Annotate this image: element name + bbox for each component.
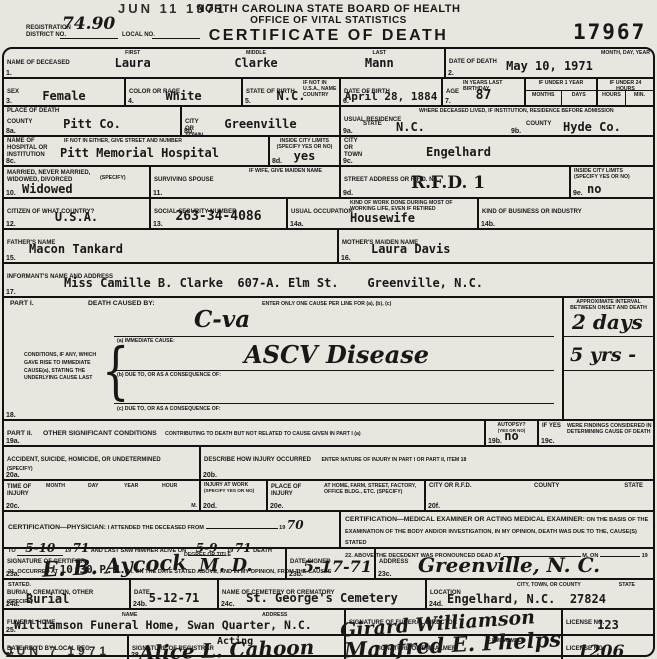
field-embalmer-license: LICENSE NO. 1206 (561, 636, 653, 659)
field-number: 4. (128, 98, 134, 105)
field-value: Miss Camille B. Clarke 607-A. Elm St. Gr… (64, 276, 483, 290)
field-usual-residence: USUAL RESIDENCE WHERE DECEASED LIVED, IF… (339, 107, 653, 135)
field-number: 9b. (511, 128, 521, 135)
cert-physician-title: CERTIFICATION—PHYSICIAN: (8, 524, 106, 531)
field-number: 16. (341, 255, 351, 262)
cert-text: I ATTENDED THE DECEASED FROM (108, 525, 204, 531)
form-row: PART II. OTHER SIGNIFICANT CONDITIONS CO… (4, 419, 653, 445)
county-label: COUNTY (526, 121, 551, 128)
day-label: DAY (88, 483, 98, 489)
field-number: 24d. (429, 601, 443, 608)
field-number: 9e. (573, 190, 583, 197)
field-if-under-24-hours: IF UNDER 24 HOURS HOURS MIN. (596, 79, 653, 105)
field-label: INJURY AT WORK (204, 482, 263, 488)
field-sex: SEX Female 3. (4, 79, 124, 105)
field-pod-inside-city-limits: INSIDE CITY LIMITS (SPECIFY YES OR NO) y… (268, 137, 339, 165)
field-sublabel: (SPECIFY YES OR NO) (574, 174, 650, 180)
field-label: TIME OF INJURY (7, 484, 37, 498)
field-sublabel: ENTER NATURE OF INJURY IN PART I OR PART… (321, 457, 466, 463)
local-registrar-date-stamp: JUN 7 1971 (6, 644, 110, 658)
field-number: 8b. (184, 128, 194, 135)
death-certificate-scan: JUN 11 1971 NORTH CAROLINA STATE BOARD O… (0, 0, 657, 659)
field-number: 23c. (378, 571, 392, 578)
immediate-cause-value: C-va (194, 306, 250, 333)
field-number: 5. (245, 98, 251, 105)
field-state-of-birth: STATE OF BIRTH IF NOT IN U.S.A., NAME CO… (241, 79, 339, 105)
state-label: STATE (624, 483, 643, 490)
field-burial-date: DATE 5-12-71 24b. (129, 580, 217, 608)
field-label: IF UNDER 1 YEAR (529, 80, 593, 86)
residence-group-sublabel: WHERE DECEASED LIVED, IF INSTITUTION, RE… (419, 108, 614, 114)
field-registrar-signature: SIGNATURE OF REGISTRAR Acting Alice L. C… (127, 636, 344, 659)
field-father-name: FATHER'S NAME Macon Tankard 15. (4, 230, 337, 262)
field-label: CITY OR TOWN (344, 138, 368, 160)
form-row: NAME OF HOSPITAL OR INSTITUTION IF NOT I… (4, 135, 653, 165)
conditions-label: CONDITIONS, IF ANY, WHICH GAVE RISE TO I… (24, 352, 104, 383)
field-number: 12. (6, 221, 16, 228)
field-value: Williamson Funeral Home, Swan Quarter, N… (14, 618, 312, 632)
field-number: 17. (6, 289, 16, 296)
field-number: 11. (153, 190, 162, 197)
months-label: MONTHS (526, 91, 561, 105)
field-value: 1206 (577, 642, 624, 659)
field-number: 8c. (6, 158, 16, 165)
field-number: 18. (6, 412, 16, 419)
field-label: NAME OF HOSPITAL OR INSTITUTION (7, 138, 59, 160)
cert-text: EXAMINATION OF THE BODY AND/OR INVESTIGA… (345, 529, 637, 546)
field-industry: KIND OF BUSINESS OR INDUSTRY 14b. (477, 199, 653, 228)
other-conditions-sublabel: CONTRIBUTING TO DEATH BUT NOT RELATED TO… (165, 431, 361, 437)
field-time-of-injury: TIME OF INJURY MONTH DAY YEAR HOUR M. 20… (4, 481, 199, 510)
field-injury-location: CITY OR R.F.D. COUNTY STATE 20f. (424, 481, 653, 510)
field-sublabel: (SPECIFY) (7, 466, 196, 472)
field-deceased-name: NAME OF DECEASED FIRST Laura MIDDLE Clar… (4, 49, 444, 77)
field-sublabel: MONTH, DAY, YEAR (601, 50, 650, 56)
field-number: 13. (153, 221, 163, 228)
form-row: INFORMANT'S NAME AND ADDRESS Miss Camill… (4, 262, 653, 296)
field-race: COLOR OR RACE White 4. (124, 79, 241, 105)
field-number: 27. (6, 652, 16, 659)
field-value: Pitt Co. (4, 117, 180, 131)
field-marital-status: MARRIED, NEVER MARRIED, WIDOWED, DIVORCE… (4, 167, 149, 197)
field-number: 2. (448, 70, 454, 77)
field-value: Engelhard, N.C. 27824 (447, 592, 606, 606)
state-label: STATE (363, 121, 382, 128)
field-value: Burial (26, 592, 69, 606)
field-sublabel: (SPECIFY) (100, 175, 126, 181)
field-sublabel: WERE FINDINGS CONSIDERED IN DETERMINING … (567, 423, 657, 435)
form-row: NAME OF DECEASED FIRST Laura MIDDLE Clar… (4, 49, 653, 77)
field-value: White (126, 89, 241, 103)
field-value: Macon Tankard (29, 242, 123, 256)
field-number: 1. (6, 70, 12, 77)
field-number: 23b. (289, 571, 303, 578)
certifier-address-value: Greenville, N. C. (418, 553, 600, 577)
field-street-address: STREET ADDRESS OR R.F.D. No. R.F.D. 1 9d… (339, 167, 569, 197)
form-row: PLACE OF DEATH COUNTY Pitt Co. 8a. CITY … (4, 105, 653, 135)
field-number: 8d. (272, 158, 282, 165)
field-date-signed: DATE SIGNED 5-17-71 23b. (285, 549, 374, 578)
field-pod-county: PLACE OF DEATH COUNTY Pitt Co. 8a. (4, 107, 180, 135)
registrar-signature: Alice L. Cahoon (139, 635, 315, 659)
field-number: 24b. (133, 601, 147, 608)
field-residence-city: CITY OR TOWN Engelhard 9c. (339, 137, 653, 165)
field-ssn: SOCIAL SECURITY NUMBER 263-34-4086 13. (149, 199, 286, 228)
field-number: 23a. (6, 571, 20, 578)
field-number: 28. (131, 652, 141, 659)
field-label: IF YES (542, 423, 561, 430)
field-burial-type: BURIAL, CREMATION, OTHER (SPECIFY) Buria… (4, 580, 129, 608)
form-row: CERTIFICATION—PHYSICIAN: I ATTENDED THE … (4, 510, 653, 547)
field-age: AGE IN YEARS LAST BIRTHDAY 87 7. (441, 79, 524, 105)
form-row: TIME OF INJURY MONTH DAY YEAR HOUR M. 20… (4, 479, 653, 510)
field-label: ADDRESS (379, 559, 408, 565)
field-label: ACCIDENT, SUICIDE, HOMICIDE, OR UNDETERM… (7, 457, 161, 463)
field-number: 20b. (203, 472, 217, 479)
field-value: N.C. (243, 89, 339, 103)
form-row: MARRIED, NEVER MARRIED, WIDOWED, DIVORCE… (4, 165, 653, 197)
field-number: 24a. (6, 601, 20, 608)
field-number: 14a. (290, 221, 304, 228)
field-cemetery: NAME OF CEMETERY OR CREMATORY St. George… (217, 580, 425, 608)
field-value: 87 (443, 88, 524, 103)
field-number: 10. (6, 190, 16, 197)
cert-text: 19 (279, 525, 285, 531)
field-value: April 28, 1884 (341, 90, 441, 103)
field-value: 123 (563, 618, 653, 632)
interval-b-value: 5 yrs - (570, 344, 636, 366)
field-sublabel: (SPECIFY YES OR NO) (204, 489, 257, 495)
field-number: 20f. (428, 503, 440, 510)
field-value: U.S.A. (4, 210, 149, 224)
form-row: SIGNATURE OF CERTIFIER DEGREE OR TITLE E… (4, 547, 653, 578)
field-sublabel: IF WIFE, GIVE MAIDEN NAME (249, 168, 322, 174)
field-number: 19a. (6, 438, 20, 445)
field-if-under-1-year: IF UNDER 1 YEAR MONTHS DAYS (524, 79, 596, 105)
last-name-value: Mann (318, 56, 441, 70)
certificate-number: 17967 (573, 20, 646, 44)
hours-label: HOURS (598, 91, 625, 105)
city-rfd-label: CITY OR R.F.D. (429, 483, 472, 490)
field-value: 263-34-4086 (151, 209, 286, 224)
field-value: May 10, 1971 (446, 59, 653, 73)
field-accident-suicide: ACCIDENT, SUICIDE, HOMICIDE, OR UNDETERM… (4, 447, 199, 479)
field-number: 19c. (541, 438, 555, 445)
due-to-b-value: ASCV Disease (244, 340, 429, 369)
certification-medical-examiner: CERTIFICATION—MEDICAL EXAMINER OR ACTING… (339, 512, 653, 547)
field-informant: INFORMANT'S NAME AND ADDRESS Miss Camill… (4, 264, 653, 296)
certifier-degree: M. D. (199, 555, 253, 576)
field-hospital: NAME OF HOSPITAL OR INSTITUTION IF NOT I… (4, 137, 268, 165)
field-label: AUTOPSY? (489, 422, 534, 428)
field-label: DESCRIBE HOW INJURY OCCURRED (204, 457, 311, 463)
field-label: PLACE OF INJURY (271, 484, 319, 498)
due-to-b-label: (b) DUE TO, OR AS A CONSEQUENCE OF: (117, 372, 221, 378)
form-row: CITIZEN OF WHAT COUNTRY? U.S.A. 12. SOCI… (4, 197, 653, 228)
field-number: 9c. (343, 158, 353, 165)
field-value: St. George's Cemetery (219, 591, 425, 605)
field-value: Housewife (288, 211, 477, 225)
field-number: 14b. (481, 221, 495, 228)
certifier-signature: E. B. Aycock (41, 549, 187, 582)
field-number: 3. (6, 98, 12, 105)
form-row: FATHER'S NAME Macon Tankard 15. MOTHER'S… (4, 228, 653, 262)
death-caused-by-label: DEATH CAUSED BY: (88, 300, 155, 307)
field-certifier-address: ADDRESS Greenville, N. C. 23c. (374, 549, 653, 578)
registration-district-value: 74.90 (62, 14, 115, 34)
field-value: Engelhard (426, 145, 491, 159)
minutes-label: MIN. (625, 91, 653, 105)
field-number: 6. (343, 98, 349, 105)
days-label: DAYS (561, 91, 597, 105)
field-label: SURVIVING SPOUSE (154, 177, 214, 183)
meridiem-label: M. (191, 503, 197, 509)
field-number: 15. (6, 255, 16, 262)
date-signed-value: 5-17-71 (303, 557, 372, 576)
state-value: N.C. (396, 120, 425, 134)
local-no-label: LOCAL NO. (122, 32, 155, 39)
field-value: Greenville (182, 117, 339, 131)
cert-text: ON THE BASIS OF THE (586, 517, 648, 523)
certification-physician: CERTIFICATION—PHYSICIAN: I ATTENDED THE … (4, 512, 339, 547)
part1-label: PART I. (10, 300, 34, 307)
field-number: 9d. (343, 190, 353, 197)
field-surviving-spouse: SURVIVING SPOUSE IF WIFE, GIVE MAIDEN NA… (149, 167, 339, 197)
field-sublabel: IF NOT IN EITHER, GIVE STREET AND NUMBER (64, 138, 182, 144)
field-value: Pitt Memorial Hospital (60, 146, 219, 160)
middle-name-value: Clarke (194, 56, 317, 70)
part1-cause-of-death: PART I. DEATH CAUSED BY: ENTER ONLY ONE … (4, 298, 562, 419)
field-date-of-death: DATE OF DEATH MONTH, DAY, YEAR May 10, 1… (444, 49, 653, 77)
field-residence-inside-city-limits: INSIDE CITY LIMITS (SPECIFY YES OR NO) n… (569, 167, 653, 197)
cause-instruction: ENTER ONLY ONE CAUSE PER LINE FOR (a), (… (262, 301, 391, 307)
field-value: Female (4, 89, 124, 103)
field-citizen: CITIZEN OF WHAT COUNTRY? U.S.A. 12. (4, 199, 149, 228)
first-name-value: Laura (71, 56, 194, 70)
other-conditions-label: OTHER SIGNIFICANT CONDITIONS (43, 430, 157, 437)
field-value: no (587, 182, 601, 196)
form-row: SEX Female 3. COLOR OR RACE White 4. STA… (4, 77, 653, 105)
field-value-handwritten: R.F.D. 1 (411, 173, 485, 193)
field-number: 7. (445, 98, 451, 105)
field-number: 19b. (488, 438, 502, 445)
field-number: 24c. (221, 601, 235, 608)
cert-me-title: CERTIFICATION—MEDICAL EXAMINER OR ACTING… (345, 516, 585, 523)
form-row: PART I. DEATH CAUSED BY: ENTER ONLY ONE … (4, 296, 653, 419)
field-date-received: DATE REC'D BY LOCAL REG. JUN 7 1971 27. (4, 636, 127, 659)
field-pod-city: CITY OR TOWN Greenville 8b. (180, 107, 339, 135)
interval-column: APPROXIMATE INTERVAL BETWEEN ONSET AND D… (562, 298, 653, 419)
location-sublabel-state: STATE (619, 582, 635, 588)
form-row: DATE REC'D BY LOCAL REG. JUN 7 1971 27. … (4, 634, 653, 659)
field-label: NAME OF DECEASED (7, 60, 70, 66)
due-to-c-label: (c) DUE TO, OR AS A CONSEQUENCE OF: (117, 406, 221, 412)
field-how-injury-occurred: DESCRIBE HOW INJURY OCCURRED ENTER NATUR… (199, 447, 653, 479)
field-date-of-birth: DATE OF BIRTH April 28, 1884 6. (339, 79, 441, 105)
field-certifier-signature: SIGNATURE OF CERTIFIER DEGREE OR TITLE E… (4, 549, 285, 578)
field-number: 20d. (203, 503, 217, 510)
hour-label: HOUR (162, 483, 177, 489)
field-value: Laura Davis (371, 242, 450, 256)
field-autopsy: AUTOPSY? (YES OR NO) no 19b. (484, 421, 537, 445)
field-number: 25. (6, 627, 16, 634)
field-embalmer-signature: SIGNATURE OF EMBALMER IF EMBALMED Manfre… (344, 636, 561, 659)
field-director-license: LICENSE NO. 123 (561, 610, 653, 634)
from-year-handwritten: 70 (287, 518, 304, 532)
year-label: YEAR (124, 483, 138, 489)
field-number: 20c. (6, 503, 20, 510)
field-number: 20e. (270, 503, 284, 510)
field-mother-maiden-name: MOTHER'S MAIDEN NAME Laura Davis 16. (337, 230, 653, 262)
field-number: 20a. (6, 472, 20, 479)
field-number: 9a. (343, 128, 353, 135)
part2-other-conditions: PART II. OTHER SIGNIFICANT CONDITIONS CO… (4, 421, 484, 445)
field-findings-considered: IF YES WERE FINDINGS CONSIDERED IN DETER… (537, 421, 653, 445)
field-funeral-home: FUNERAL HOME NAME ADDRESS Williamson Fun… (4, 610, 344, 634)
county-label: COUNTY (534, 483, 559, 490)
field-sublabel: AT HOME, FARM, STREET, FACTORY, OFFICE B… (324, 483, 419, 495)
certificate-form: NAME OF DECEASED FIRST Laura MIDDLE Clar… (2, 47, 655, 657)
month-label: MONTH (46, 483, 65, 489)
location-sublabel-city: CITY, TOWN, OR COUNTY (517, 582, 581, 588)
field-value: Widowed (22, 182, 73, 196)
field-place-of-injury: PLACE OF INJURY AT HOME, FARM, STREET, F… (266, 481, 424, 510)
registration-district-label: REGISTRATION DISTRICT NO. (26, 25, 66, 39)
county-value: Hyde Co. (563, 120, 621, 134)
interval-a-value: 2 days (572, 310, 643, 334)
field-burial-location: LOCATION CITY, TOWN, OR COUNTY STATE Eng… (425, 580, 653, 608)
form-row: BURIAL, CREMATION, OTHER (SPECIFY) Buria… (4, 578, 653, 608)
field-label: KIND OF BUSINESS OR INDUSTRY (482, 209, 582, 215)
place-of-death-group-label: PLACE OF DEATH (7, 108, 177, 115)
field-number: 8a. (6, 128, 16, 135)
part2-label: PART II. (7, 430, 33, 437)
field-occupation: USUAL OCCUPATION KIND OF WORK DONE DURIN… (286, 199, 477, 228)
field-injury-at-work: INJURY AT WORK (SPECIFY YES OR NO) 20d. (199, 481, 266, 510)
form-row: ACCIDENT, SUICIDE, HOMICIDE, OR UNDETERM… (4, 445, 653, 479)
